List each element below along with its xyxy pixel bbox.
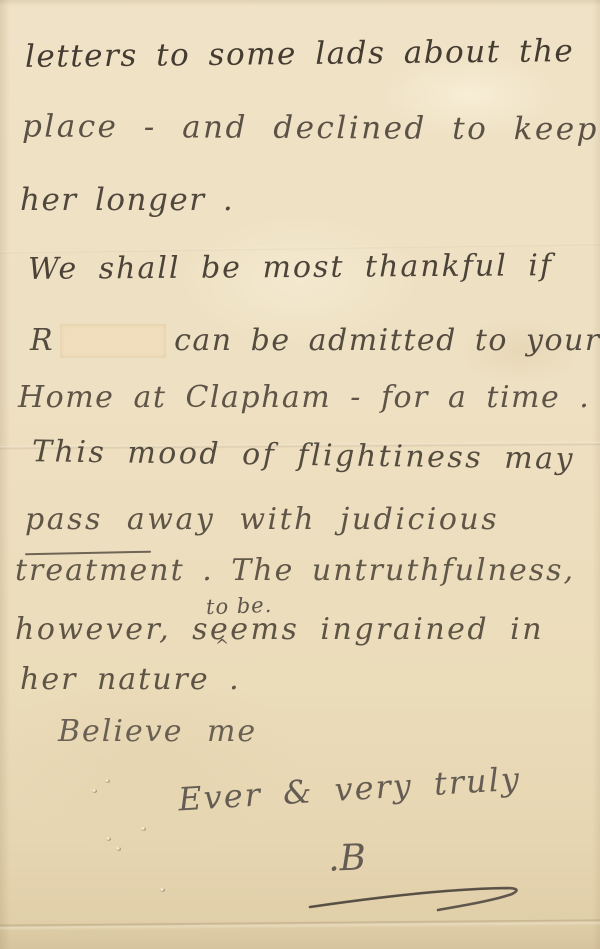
letter-line: pass away with judicious <box>25 502 499 537</box>
letter-line: place - and declined to keep <box>22 108 599 147</box>
signature-flourish <box>298 880 548 922</box>
redaction-patch <box>60 324 166 358</box>
paper-speck <box>105 779 110 783</box>
paper-speck <box>116 847 121 851</box>
letter-line: her longer . <box>20 182 234 218</box>
letter-line: This mood of flightiness may <box>32 434 575 477</box>
closing-believe-me: Believe me <box>58 714 257 749</box>
paper-speck <box>160 888 165 892</box>
letter-line: letters to some lads about the <box>25 33 575 75</box>
letter-line: however, seems ingrained in <box>15 612 544 647</box>
paper-speck <box>141 827 146 831</box>
letter-line: treatment . The untruthfulness, <box>15 553 575 588</box>
letter-line: We shall be most thankful if <box>28 248 553 287</box>
paper-speck <box>106 837 111 841</box>
redacted-initial: R <box>30 323 54 358</box>
signature-initial: .B <box>327 837 366 879</box>
letter-line-continuation: can be admitted to your <box>174 323 600 358</box>
letter-page: letters to some lads about the place - a… <box>0 0 600 949</box>
letter-line-with-redaction: Rcan be admitted to your <box>30 316 600 358</box>
paper-speck <box>92 789 97 793</box>
letter-line: her nature . <box>20 662 241 697</box>
valediction-line: Ever & very truly <box>177 760 522 819</box>
letter-line: Home at Clapham - for a time . <box>18 380 590 415</box>
